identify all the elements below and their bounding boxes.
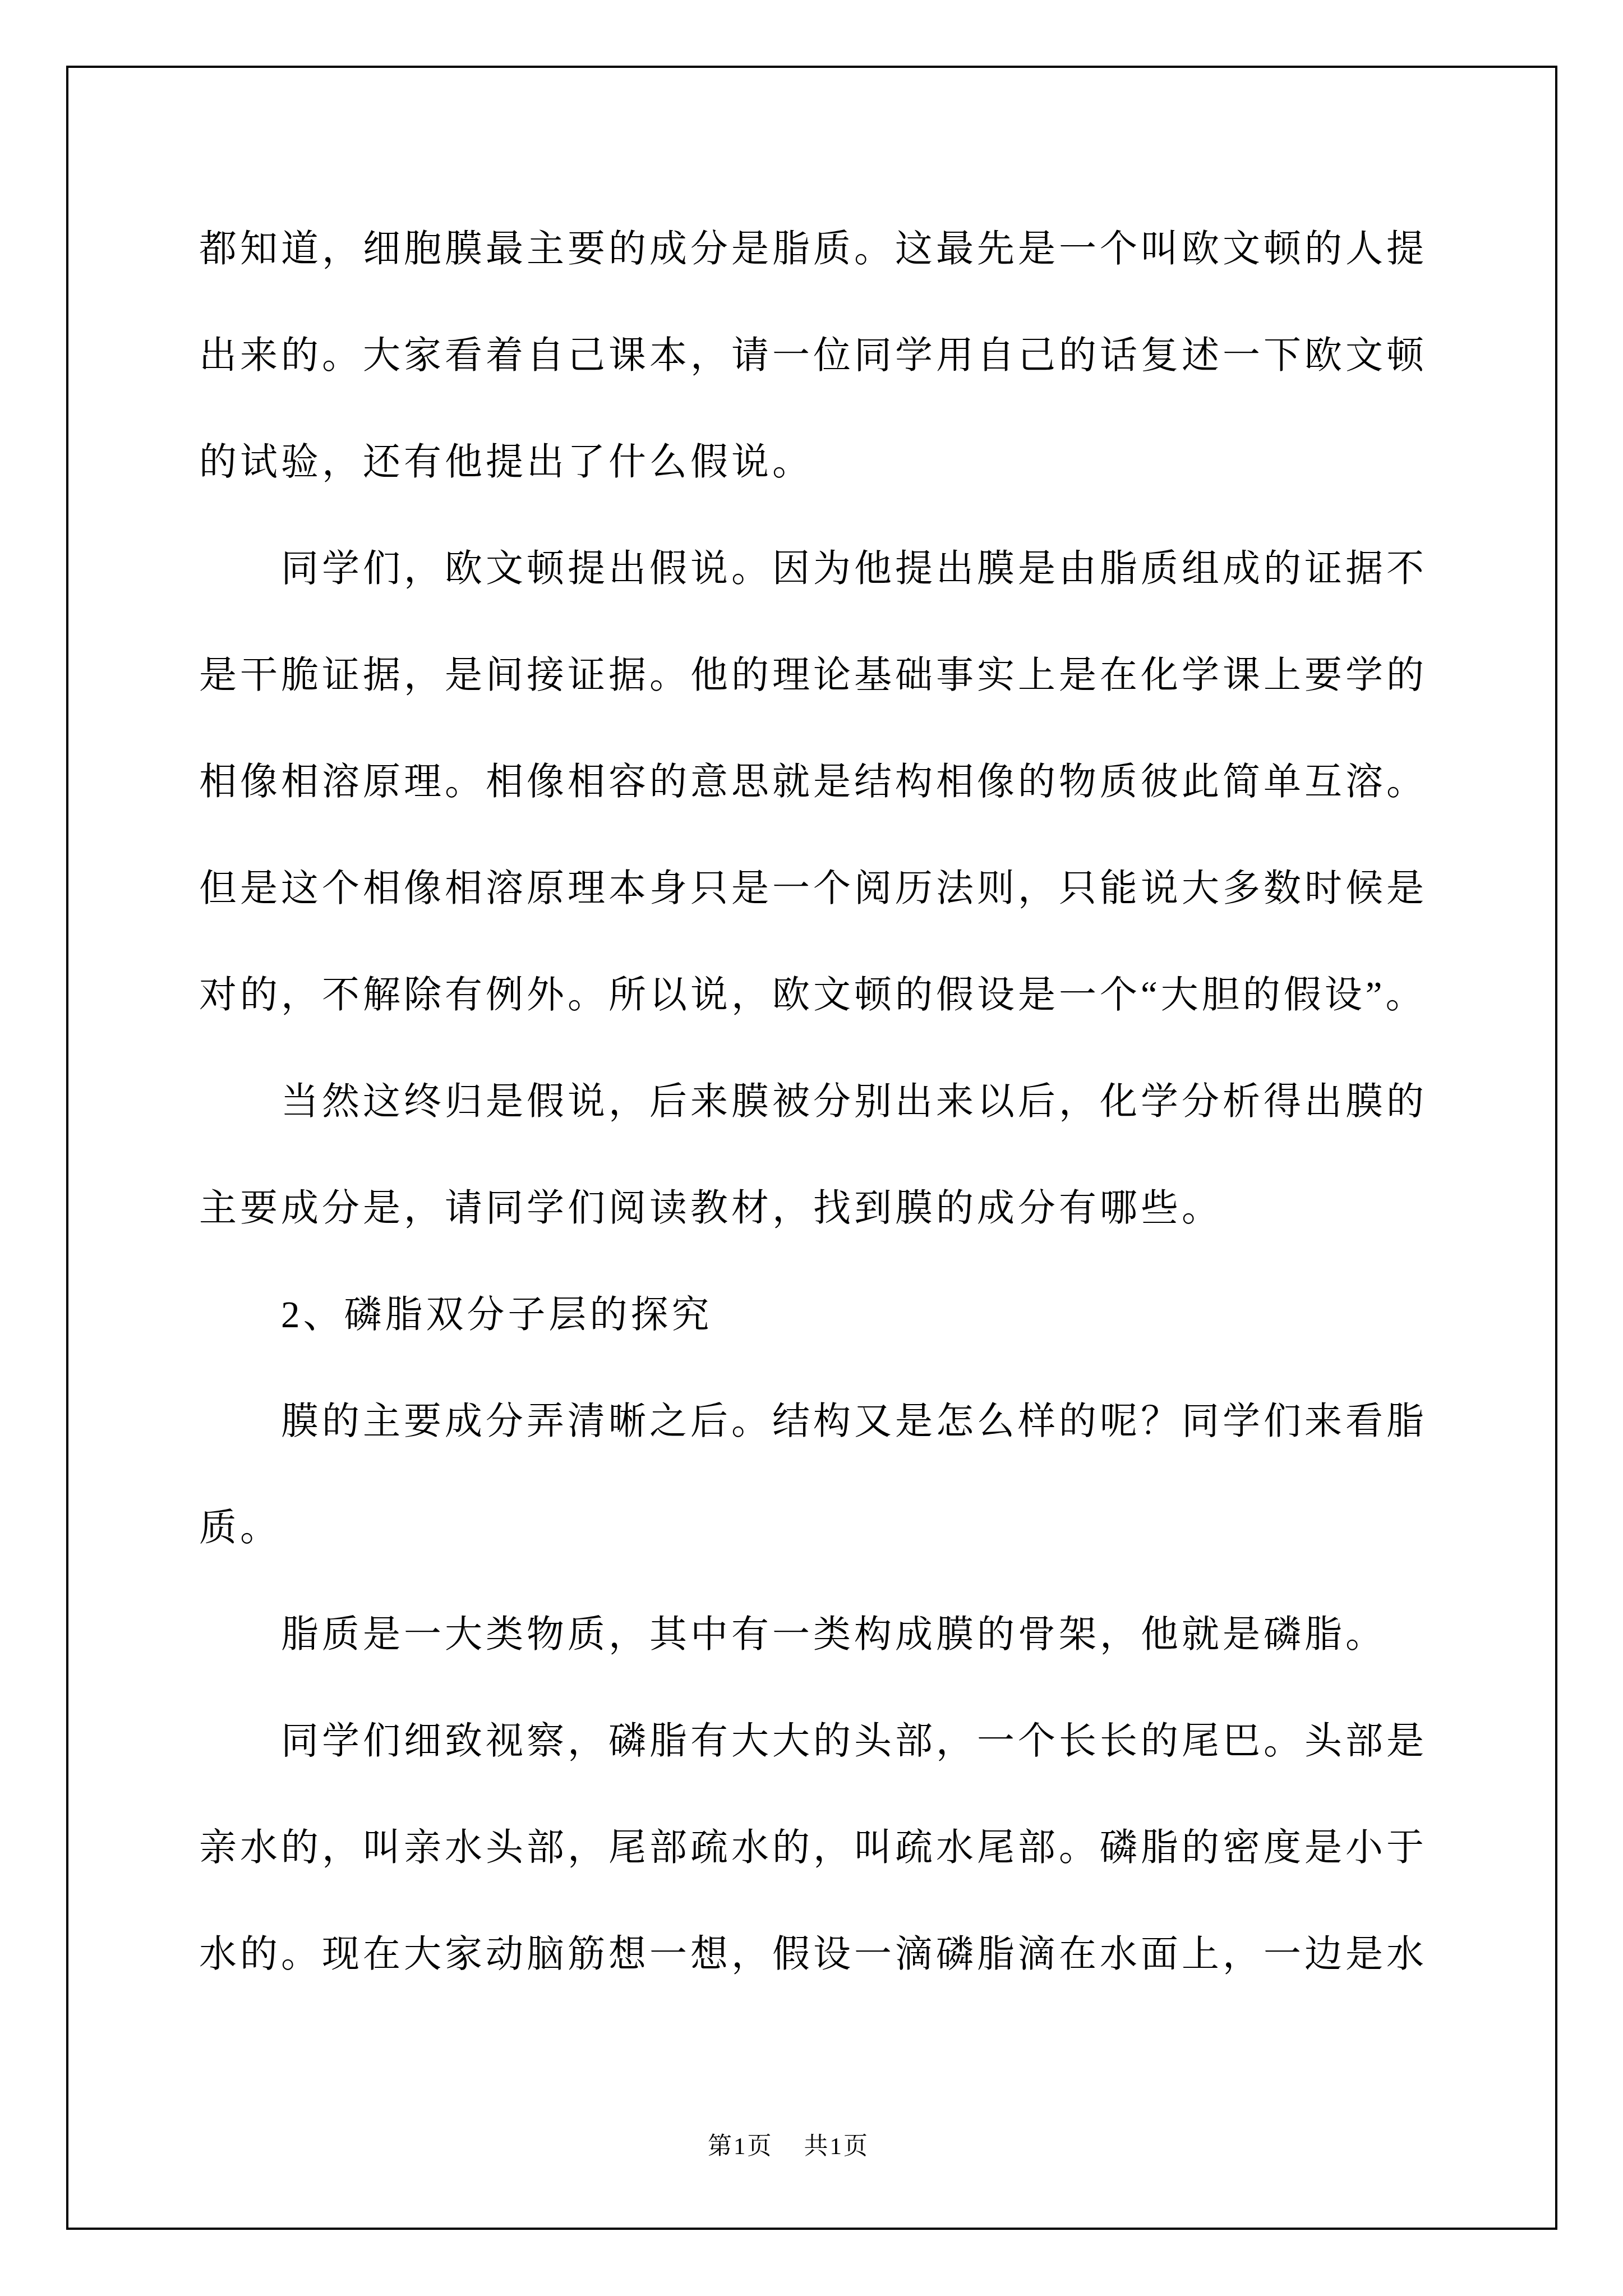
document-page: 都知道，细胞膜最主要的成分是脂质。这最先是一个叫欧文顿的人提出来的。大家看着自己…	[0, 0, 1623, 2296]
text-line: 对的，不解除有例外。所以说，欧文顿的假设是一个“大胆的假设”。	[199, 942, 1433, 1048]
text-line: 但是这个相像相溶原理本身只是一个阅历法则，只能说大多数时候是	[199, 835, 1433, 942]
text-line: 脂质是一大类物质，其中有一类构成膜的骨架，他就是磷脂。	[199, 1581, 1433, 1688]
text-line: 膜的主要成分弄清晰之后。结构又是怎么样的呢？同学们来看脂	[199, 1368, 1433, 1475]
text-line: 质。	[199, 1475, 1433, 1581]
text-line: 水的。现在大家动脑筋想一想，假设一滴磷脂滴在水面上，一边是水	[199, 1901, 1433, 2008]
text-line: 都知道，细胞膜最主要的成分是脂质。这最先是一个叫欧文顿的人提	[199, 196, 1433, 302]
text-line: 亲水的，叫亲水头部，尾部疏水的，叫疏水尾部。磷脂的密度是小于	[199, 1795, 1433, 1901]
text-line: 当然这终归是假说，后来膜被分别出来以后，化学分析得出膜的	[199, 1048, 1433, 1155]
page-footer: 第1页共1页	[0, 2127, 1623, 2161]
text-line: 同学们，欧文顿提出假说。因为他提出膜是由脂质组成的证据不	[199, 516, 1433, 622]
footer-page-number: 第1页	[708, 2133, 773, 2160]
text-line: 相像相溶原理。相像相容的意思就是结构相像的物质彼此简单互溶。	[199, 729, 1433, 835]
text-line: 的试验，还有他提出了什么假说。	[199, 409, 1433, 516]
text-line: 是干脆证据，是间接证据。他的理论基础事实上是在化学课上要学的	[199, 622, 1433, 729]
document-body: 都知道，细胞膜最主要的成分是脂质。这最先是一个叫欧文顿的人提出来的。大家看着自己…	[199, 196, 1433, 2008]
text-line: 出来的。大家看着自己课本，请一位同学用自己的话复述一下欧文顿	[199, 302, 1433, 409]
text-line: 同学们细致视察，磷脂有大大的头部，一个长长的尾巴。头部是	[199, 1688, 1433, 1795]
text-line: 2、磷脂双分子层的探究	[199, 1262, 1433, 1368]
footer-page-total: 共1页	[804, 2133, 870, 2160]
text-line: 主要成分是，请同学们阅读教材，找到膜的成分有哪些。	[199, 1155, 1433, 1262]
